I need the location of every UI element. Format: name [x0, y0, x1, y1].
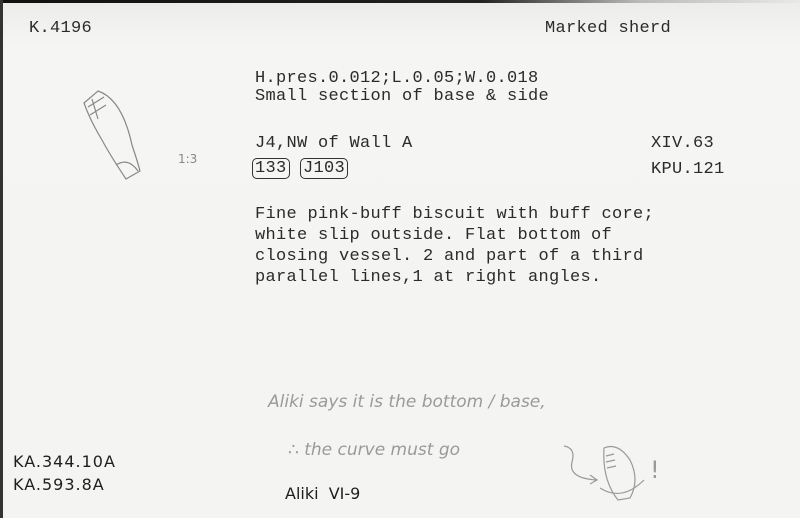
ka-ref-1: KA.344.10A — [13, 452, 116, 471]
object-type: Marked sherd — [545, 20, 671, 38]
description-line-4: parallel lines,1 at right angles. — [255, 269, 602, 287]
description-line-1: Fine pink-buff biscuit with buff core; — [255, 206, 654, 224]
pencil-note-line-1: Aliki says it is the bottom / base, — [268, 392, 546, 412]
card-top-edge — [0, 0, 800, 3]
curved-arrow-icon — [560, 440, 670, 510]
description-short: Small section of base & side — [255, 88, 549, 106]
pencil-note-line-2: ∴ the curve must go — [288, 440, 460, 460]
scale-label: 1:3 — [178, 152, 197, 166]
dimensions: H.pres.0.012;L.0.05;W.0.018 — [255, 70, 539, 88]
kpu-ref: KPU.121 — [651, 161, 725, 179]
catalog-number: K.4196 — [29, 20, 92, 38]
ka-ref-2: KA.593.8A — [13, 475, 105, 494]
boxed-refs: 133 J103 — [252, 160, 348, 178]
boxed-ref-133: 133 — [252, 158, 290, 179]
boxed-ref-j103: J103 — [300, 158, 348, 179]
description-line-2: white slip outside. Flat bottom of — [255, 227, 612, 245]
notebook-ref: XIV.63 — [651, 135, 714, 153]
card-left-edge — [0, 0, 3, 518]
ink-signature: Aliki VI-9 — [285, 484, 360, 503]
description-line-3: closing vessel. 2 and part of a third — [255, 248, 644, 266]
sherd-profile-sketch-icon — [80, 85, 160, 185]
findspot: J4,NW of Wall A — [255, 135, 413, 153]
